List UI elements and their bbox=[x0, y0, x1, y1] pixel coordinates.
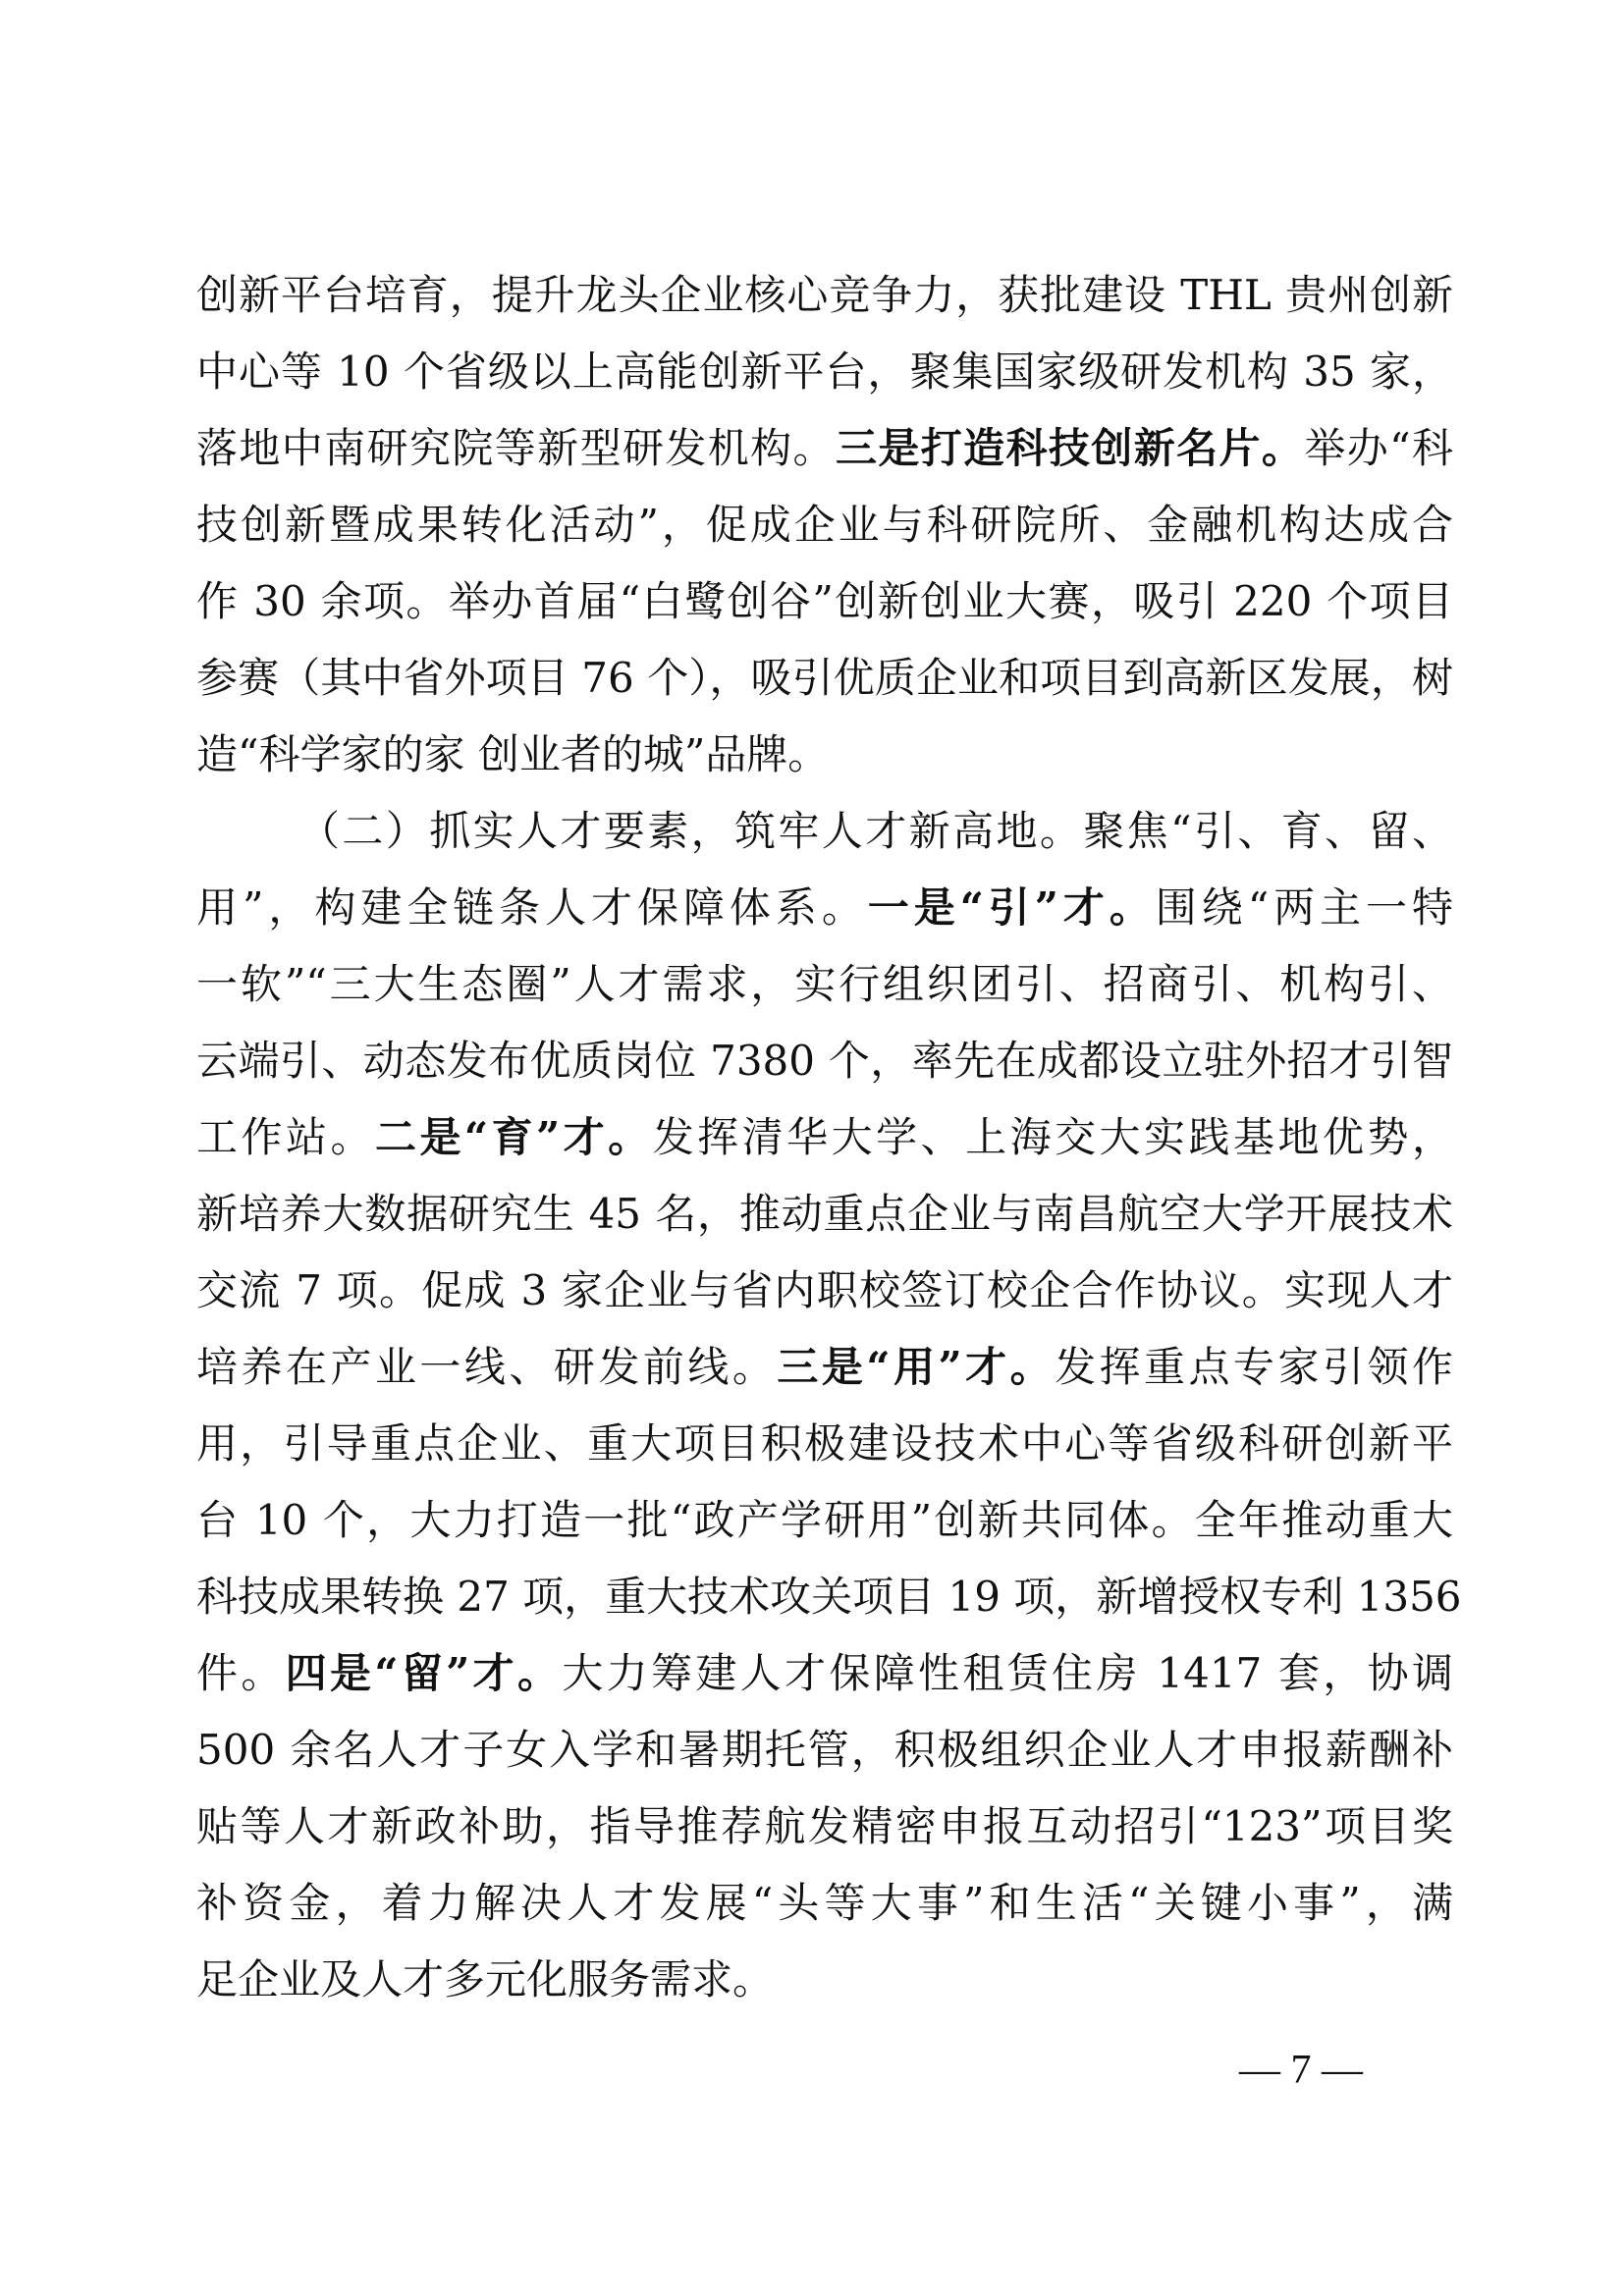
body-text-segment: 云端引、动态发布优质岗位 7380 个，率先在成都设立驻外招才引智 bbox=[196, 1037, 1453, 1085]
bold-heading-text: 三是“用”才。 bbox=[777, 1343, 1055, 1391]
body-text-segment: 科技成果转换 27 项，重大技术攻关项目 19 项，新增授权专利 1356 bbox=[196, 1573, 1462, 1621]
page-number: — 7 — bbox=[1218, 2047, 1384, 2094]
text-line: 补资金，着力解决人才发展“头等大事”和生活“关键小事”，满 bbox=[196, 1865, 1453, 1942]
body-text-segment: 创新平台培育，提升龙头企业核心竞争力，获批建设 THL 贵州创新 bbox=[196, 271, 1453, 319]
body-text-segment: 足企业及人才多元化服务需求。 bbox=[196, 1955, 774, 2003]
body-text-segment: 贴等人才新政补助，指导推荐航发精密申报互动招引“123”项目奖 bbox=[196, 1802, 1453, 1850]
paragraph: （二）抓实人才要素，筑牢人才新高地。聚焦“引、育、留、用”，构建全链条人才保障体… bbox=[196, 793, 1453, 2018]
bold-heading-text: 四是“留”才。 bbox=[286, 1649, 563, 1697]
text-line: 500 余名人才子女入学和暑期托管，积极组织企业人才申报薪酬补 bbox=[196, 1712, 1453, 1789]
text-line: 科技成果转换 27 项，重大技术攻关项目 19 项，新增授权专利 1356 bbox=[196, 1559, 1453, 1635]
body-text-segment: 作 30 余项。举办首届“白鹭创谷”创新创业大赛，吸引 220 个项目 bbox=[196, 577, 1453, 625]
body-text-segment: 500 余名人才子女入学和暑期托管，积极组织企业人才申报薪酬补 bbox=[196, 1726, 1453, 1774]
text-line: 培养在产业一线、研发前线。三是“用”才。发挥重点专家引领作 bbox=[196, 1329, 1453, 1406]
bold-heading-text: 一是“引”才。 bbox=[868, 883, 1156, 932]
body-text-segment: 围绕“两主一特 bbox=[1156, 883, 1453, 932]
body-text-segment: 参赛（其中省外项目 76 个），吸引优质企业和项目到高新区发展，树 bbox=[196, 654, 1453, 702]
text-line: 用”，构建全链条人才保障体系。一是“引”才。围绕“两主一特 bbox=[196, 870, 1453, 946]
text-line: 一软”“三大生态圈”人才需求，实行组织团引、招商引、机构引、 bbox=[196, 946, 1453, 1023]
text-line: 落地中南研究院等新型研发机构。三是打造科技创新名片。举办“科 bbox=[196, 410, 1453, 487]
text-line: 参赛（其中省外项目 76 个），吸引优质企业和项目到高新区发展，树 bbox=[196, 640, 1453, 717]
text-line: 台 10 个，大力打造一批“政产学研用”创新共同体。全年推动重大 bbox=[196, 1482, 1453, 1559]
body-text-segment: 中心等 10 个省级以上高能创新平台，聚集国家级研发机构 35 家， bbox=[196, 347, 1453, 396]
body-text-segment: （二）抓实人才要素，筑牢人才新高地。聚焦“引、育、留、 bbox=[298, 807, 1453, 855]
paragraph: 创新平台培育，提升龙头企业核心竞争力，获批建设 THL 贵州创新中心等 10 个… bbox=[196, 257, 1453, 793]
body-text-segment: 台 10 个，大力打造一批“政产学研用”创新共同体。全年推动重大 bbox=[196, 1496, 1453, 1544]
text-line: 件。四是“留”才。大力筹建人才保障性租赁住房 1417 套，协调 bbox=[196, 1635, 1453, 1712]
bold-heading-text: 二是“育”才。 bbox=[375, 1113, 653, 1161]
text-line: 用，引导重点企业、重大项目积极建设技术中心等省级科研创新平 bbox=[196, 1406, 1453, 1482]
text-line: 交流 7 项。促成 3 家企业与省内职校签订校企合作协议。实现人才 bbox=[196, 1253, 1453, 1329]
text-line: 新培养大数据研究生 45 名，推动重点企业与南昌航空大学开展技术 bbox=[196, 1176, 1453, 1253]
body-text-segment: 发挥清华大学、上海交大实践基地优势， bbox=[653, 1113, 1453, 1161]
body-text-segment: 大力筹建人才保障性租赁住房 1417 套，协调 bbox=[562, 1649, 1453, 1697]
body-text-segment: 一软”“三大生态圈”人才需求，实行组织团引、招商引、机构引、 bbox=[196, 960, 1453, 1008]
text-line: 作 30 余项。举办首届“白鹭创谷”创新创业大赛，吸引 220 个项目 bbox=[196, 563, 1453, 640]
body-text-segment: 用”，构建全链条人才保障体系。 bbox=[196, 883, 868, 932]
body-text-segment: 工作站。 bbox=[196, 1113, 375, 1161]
body-text-segment: 交流 7 项。促成 3 家企业与省内职校签订校企合作协议。实现人才 bbox=[196, 1266, 1453, 1314]
body-text-segment: 造“科学家的家 创业者的城”品牌。 bbox=[196, 730, 829, 778]
body-text-segment: 技创新暨成果转化活动”，促成企业与科研院所、金融机构达成合 bbox=[196, 501, 1453, 549]
text-line: 技创新暨成果转化活动”，促成企业与科研院所、金融机构达成合 bbox=[196, 487, 1453, 563]
body-text-segment: 培养在产业一线、研发前线。 bbox=[196, 1343, 777, 1391]
document-page: 创新平台培育，提升龙头企业核心竞争力，获批建设 THL 贵州创新中心等 10 个… bbox=[0, 0, 1624, 2296]
text-line: 贴等人才新政补助，指导推荐航发精密申报互动招引“123”项目奖 bbox=[196, 1789, 1453, 1865]
text-line: 足企业及人才多元化服务需求。 bbox=[196, 1942, 1453, 2018]
body-text-segment: 用，引导重点企业、重大项目积极建设技术中心等省级科研创新平 bbox=[196, 1419, 1453, 1468]
body-text-segment: 发挥重点专家引领作 bbox=[1055, 1343, 1453, 1391]
text-line: （二）抓实人才要素，筑牢人才新高地。聚焦“引、育、留、 bbox=[196, 793, 1453, 870]
text-line: 云端引、动态发布优质岗位 7380 个，率先在成都设立驻外招才引智 bbox=[196, 1023, 1453, 1099]
body-text-segment: 落地中南研究院等新型研发机构。 bbox=[196, 424, 836, 472]
text-line: 中心等 10 个省级以上高能创新平台，聚集国家级研发机构 35 家， bbox=[196, 334, 1453, 410]
text-line: 工作站。二是“育”才。发挥清华大学、上海交大实践基地优势， bbox=[196, 1099, 1453, 1176]
body-text-segment: 举办“科 bbox=[1304, 424, 1453, 472]
body-text-segment: 件。 bbox=[196, 1649, 286, 1697]
bold-heading-text: 三是打造科技创新名片。 bbox=[836, 424, 1304, 472]
text-line: 创新平台培育，提升龙头企业核心竞争力，获批建设 THL 贵州创新 bbox=[196, 257, 1453, 334]
body-text: 创新平台培育，提升龙头企业核心竞争力，获批建设 THL 贵州创新中心等 10 个… bbox=[196, 257, 1453, 2018]
text-line: 造“科学家的家 创业者的城”品牌。 bbox=[196, 717, 1453, 793]
body-text-segment: 补资金，着力解决人才发展“头等大事”和生活“关键小事”，满 bbox=[196, 1879, 1453, 1927]
body-text-segment: 新培养大数据研究生 45 名，推动重点企业与南昌航空大学开展技术 bbox=[196, 1190, 1453, 1238]
